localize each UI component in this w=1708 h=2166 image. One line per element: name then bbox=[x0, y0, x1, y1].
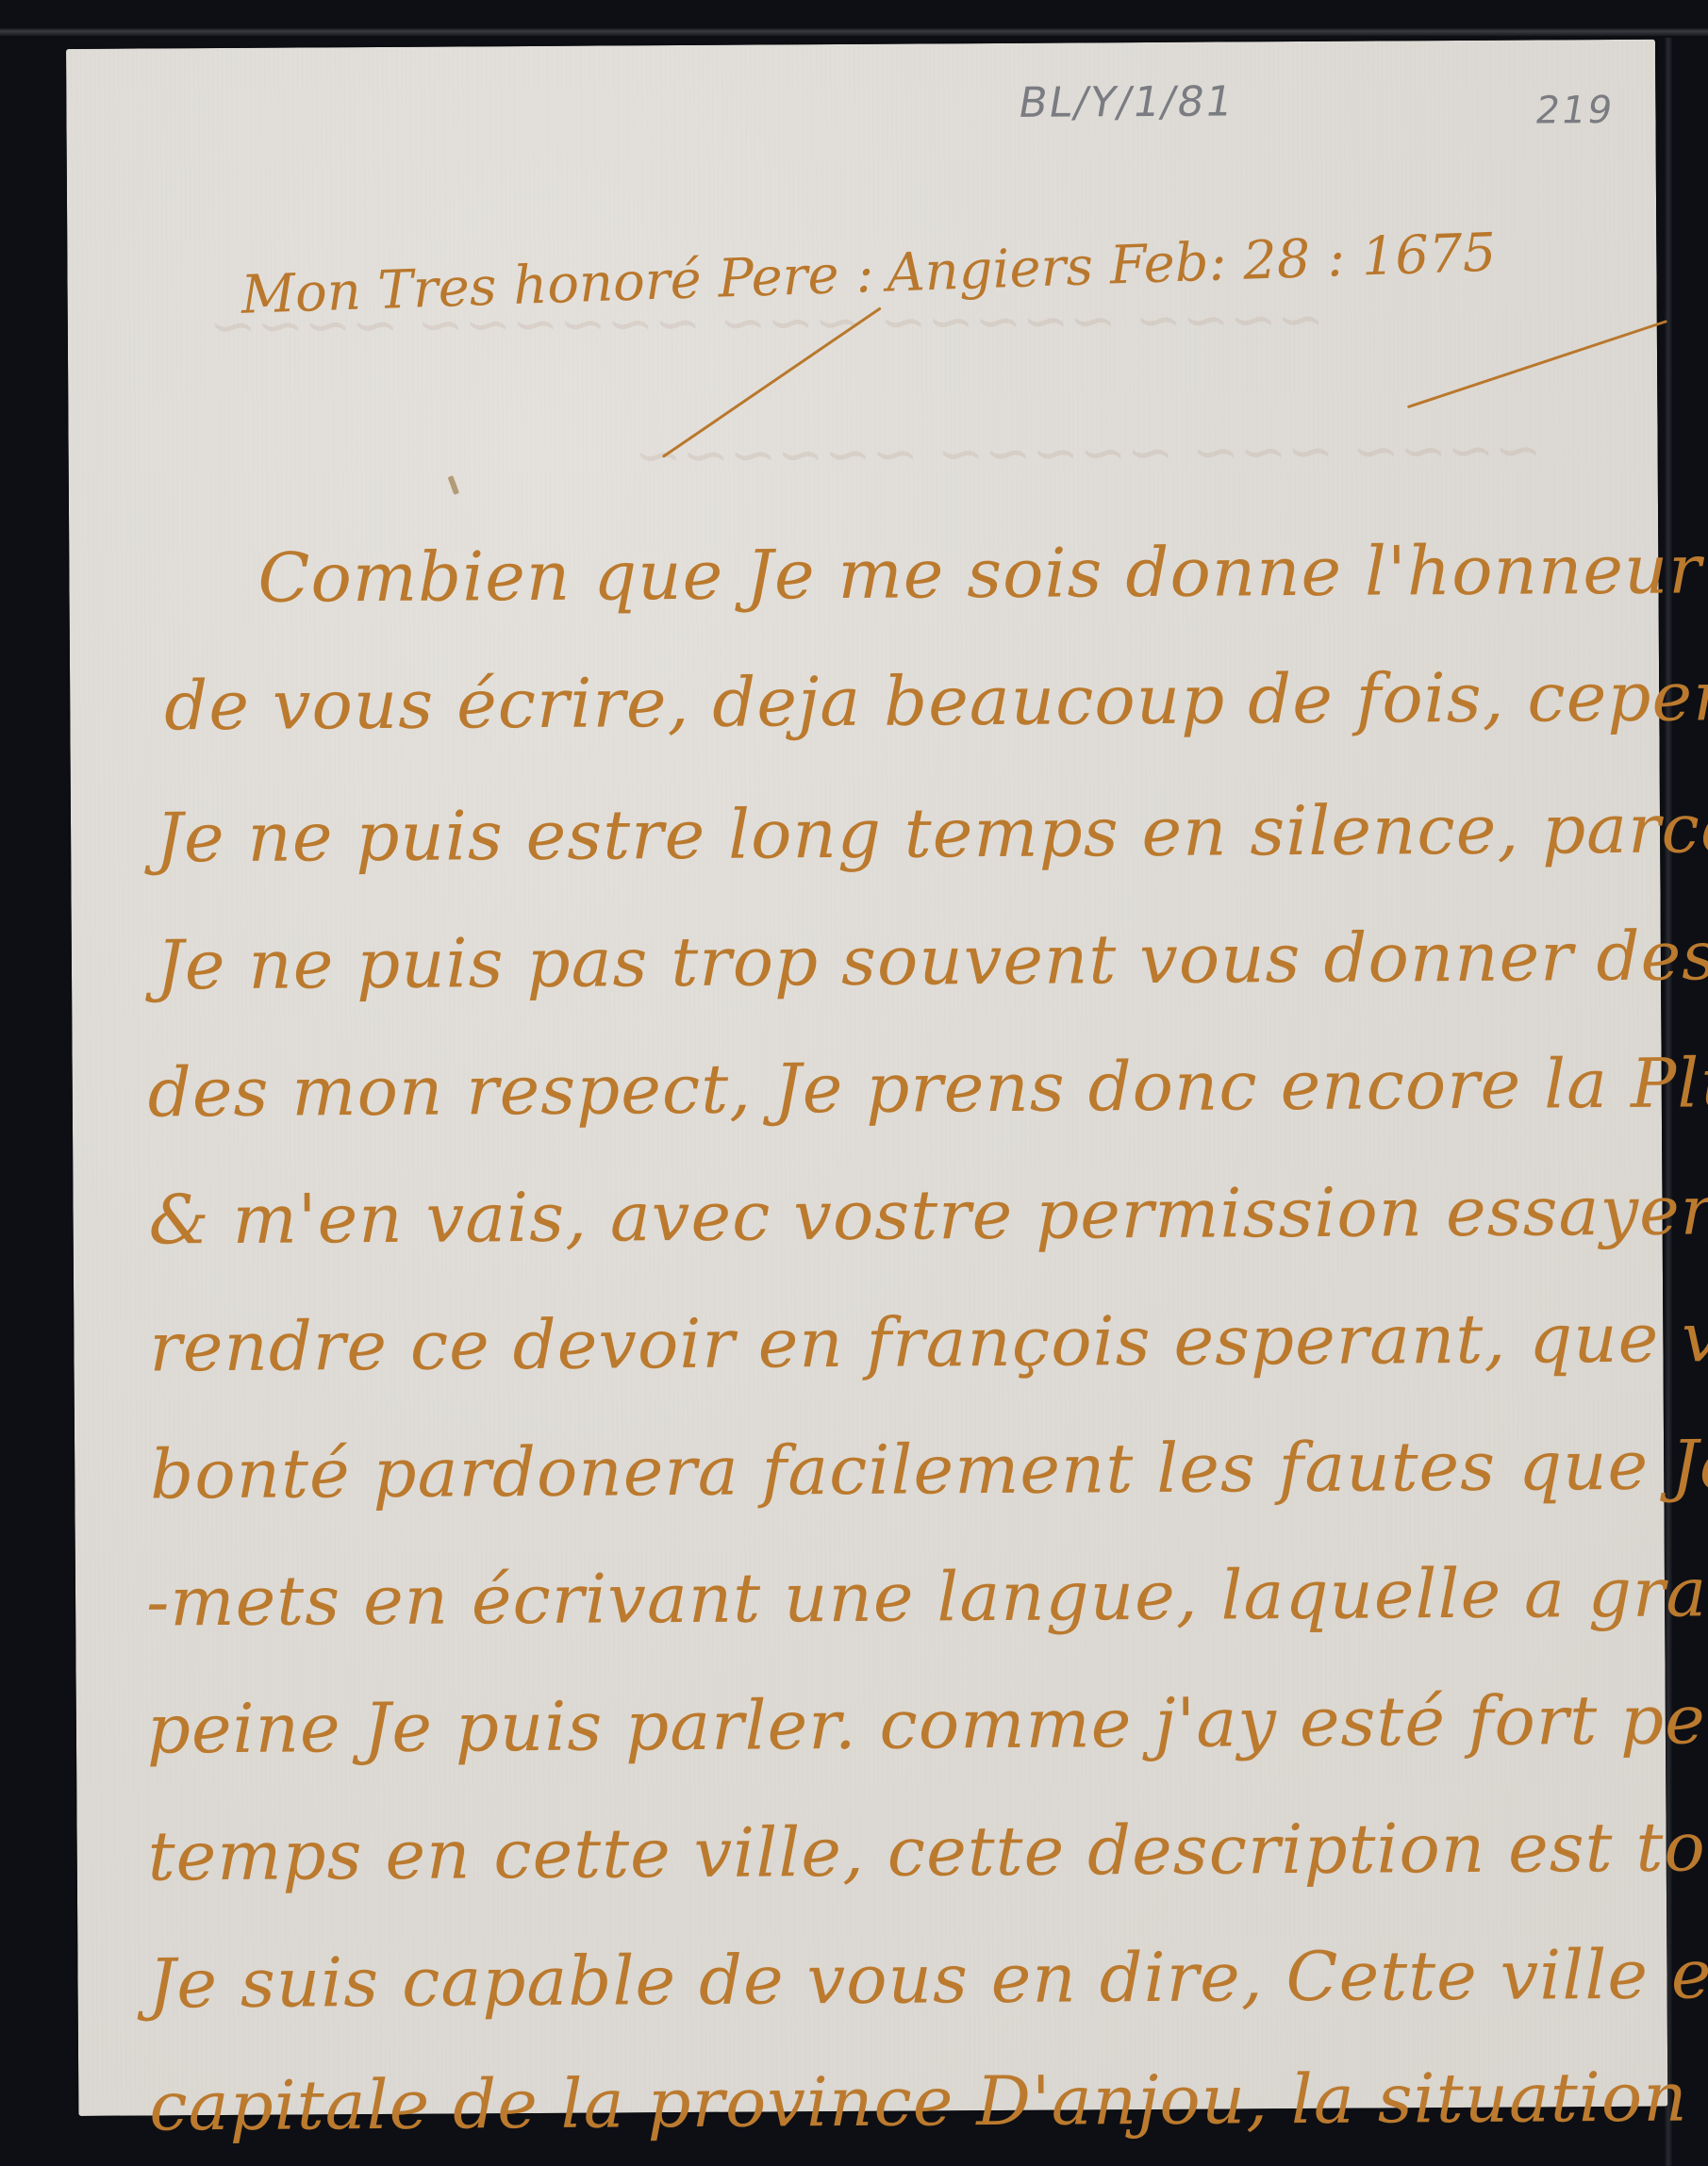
body-line-9: -mets en écrivant une langue, laquelle a… bbox=[146, 1552, 1708, 1642]
manuscript-page: ~~~~ ~~~~~ ~~~ ~~~~~~ ~~~~ ~~~~ ~~~ ~~~~… bbox=[66, 40, 1667, 2116]
archive-mount-top-edge bbox=[0, 28, 1708, 36]
body-line-11: temps en cette ville, cette description … bbox=[147, 1805, 1708, 1895]
letter-body: Combien que Je me sois donne l'honneur d… bbox=[163, 529, 1708, 538]
archive-reference-number: BL/Y/1/81 bbox=[1015, 77, 1238, 126]
body-line-2: de vous écrire, deja beaucoup de fois, c… bbox=[164, 655, 1708, 745]
body-line-7: rendre ce devoir en françois esperant, q… bbox=[149, 1297, 1708, 1386]
body-line-4: Je ne puis pas trop souvent vous donner … bbox=[157, 914, 1708, 1004]
body-line-5: des mon respect, Je prens donc encore la… bbox=[148, 1042, 1708, 1132]
body-line-6: & m'en vais, avec vostre permission essa… bbox=[148, 1168, 1708, 1259]
body-line-1: Combien que Je me sois donne l'honneur bbox=[257, 529, 1702, 617]
ink-speck bbox=[448, 475, 460, 495]
body-line-10: peine Je puis parler. comme j'ay esté fo… bbox=[147, 1678, 1708, 1768]
body-line-13: capitale de la province D'anjou, la situ… bbox=[149, 2057, 1708, 2146]
folio-number: 219 bbox=[1533, 89, 1617, 133]
pen-flourish bbox=[1407, 320, 1667, 408]
body-line-3: Je ne puis estre long temps en silence, … bbox=[156, 787, 1708, 877]
show-through-text: ~~~~ ~~~ ~~~~~ ~~~~~~ bbox=[634, 417, 1542, 488]
body-line-12: Je suis capable de vous en dire, Cette v… bbox=[148, 1933, 1708, 2023]
place-and-date: Angiers Feb: 28 : 1675 bbox=[886, 223, 1497, 305]
body-line-8: bonté pardonera facilement les fautes qu… bbox=[150, 1424, 1708, 1514]
